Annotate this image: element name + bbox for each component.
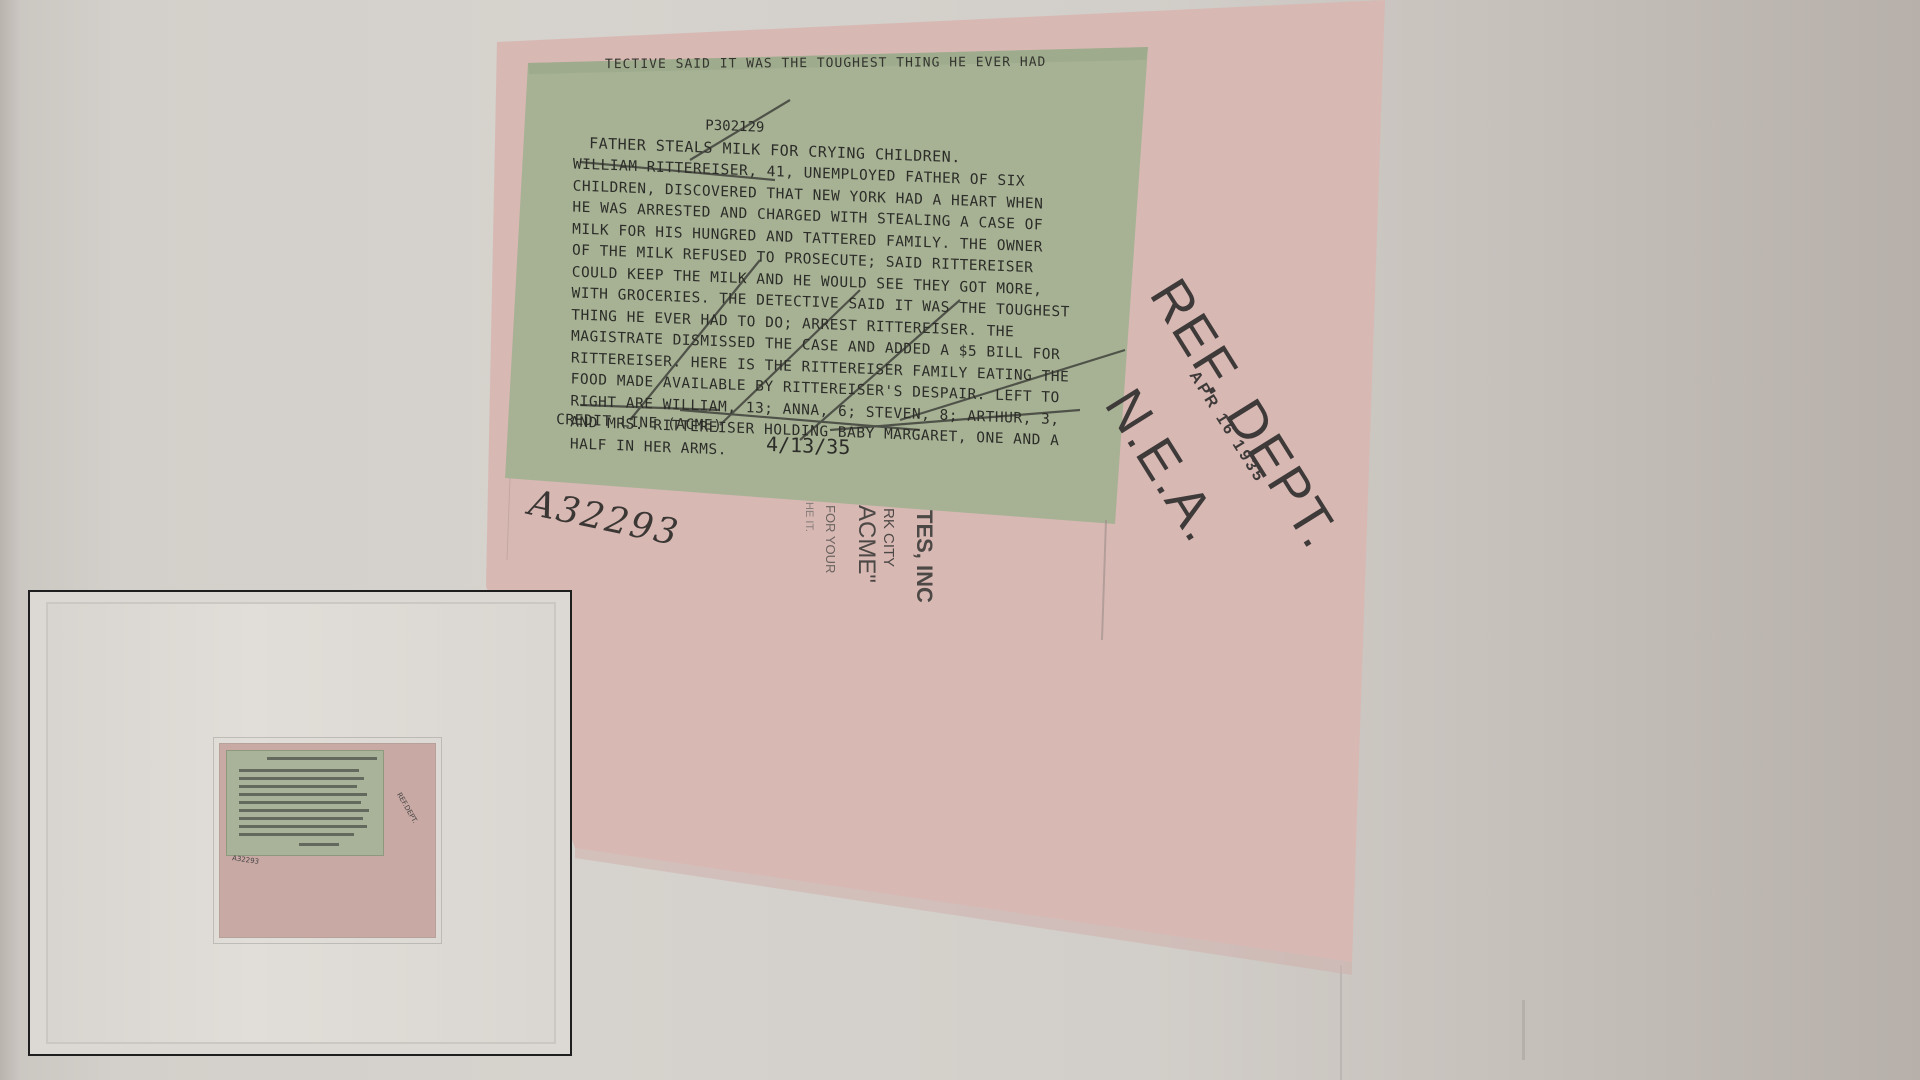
caption-date: 4/13/35 bbox=[766, 434, 851, 459]
viewer-left-edge bbox=[0, 0, 22, 1080]
ref-dept-stamp: REF. DEPT. APR 16 1935 N.E.A. bbox=[1180, 268, 1440, 568]
mat-mark bbox=[1522, 1000, 1525, 1060]
back-stamp-line: HE IT. bbox=[803, 502, 815, 532]
navigator-thumbnail[interactable]: A32293 REF.DEPT. bbox=[28, 590, 572, 1056]
mat-crease bbox=[1340, 965, 1342, 1080]
photo-serial: P302129 bbox=[705, 116, 764, 140]
handwritten-archive-number: A32293 bbox=[525, 483, 683, 555]
back-stamp-line: ACME" bbox=[852, 505, 880, 583]
back-stamp-line: RK CITY bbox=[880, 508, 897, 567]
back-stamp-line: TES, INC bbox=[911, 510, 937, 603]
caption-slip: P302129 FATHER STEALS MILK FOR CRYING CH… bbox=[556, 58, 1120, 479]
thumbnail-viewport-indicator[interactable] bbox=[213, 737, 442, 944]
image-viewer-canvas[interactable]: TECTIVE SAID IT WAS THE TOUGHEST THING H… bbox=[0, 0, 1920, 1080]
back-stamp-line: FOR YOUR bbox=[823, 505, 838, 573]
thumbnail-mat: A32293 REF.DEPT. bbox=[46, 602, 556, 1044]
